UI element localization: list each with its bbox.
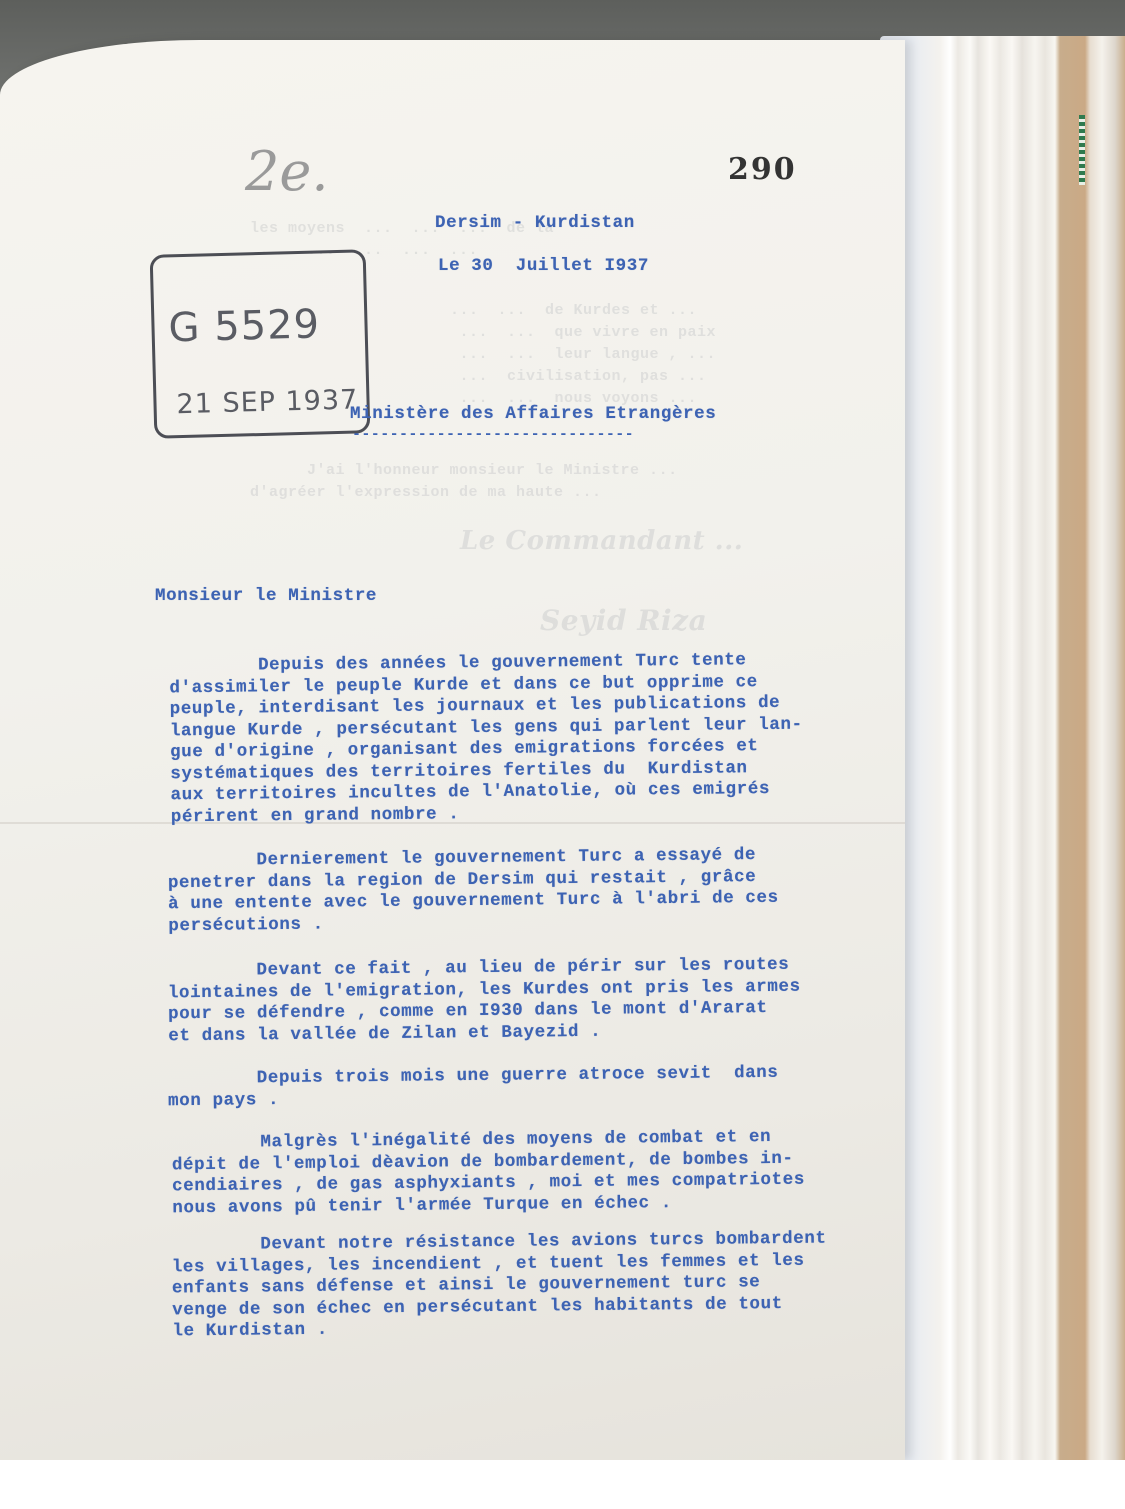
stamp-date: 21 SEP 1937 xyxy=(176,384,358,420)
paragraph: Malgrès l'inégalité des moyens de combat… xyxy=(172,1127,806,1220)
bleed-through-signature: Seyid Riza xyxy=(540,610,707,632)
paragraph: Depuis trois mois une guerre atroce sevi… xyxy=(168,1063,779,1112)
recipient: Ministère des Affaires Etrangères xyxy=(350,404,716,426)
pencil-annotation: 2e. xyxy=(245,140,328,203)
stamp-number: G 5529 xyxy=(168,301,321,351)
reception-stamp: G 5529 21 SEP 1937 xyxy=(150,249,371,439)
salutation: Monsieur le Ministre xyxy=(155,586,377,608)
paragraph: Dernierement le gouvernement Turc a essa… xyxy=(168,845,779,937)
bottom-margin xyxy=(0,1460,1125,1509)
bleed-through-text: ... ... de Kurdes et ... ... ... que viv… xyxy=(450,300,716,410)
paragraph: Depuis des années le gouvernement Turc t… xyxy=(169,650,804,829)
bleed-through-text: J'ai l'honneur monsieur le Ministre ... … xyxy=(250,460,678,504)
recipient-underline: ------------------------------ xyxy=(352,426,634,443)
bleed-through-signature: Le Commandant ... xyxy=(460,530,743,552)
paragraph: Devant ce fait , au lieu de périr sur le… xyxy=(168,955,802,1048)
heading-date: Le 30 Juillet I937 xyxy=(438,256,649,278)
barcode-label xyxy=(1079,115,1085,185)
heading-place: Dersim - Kurdistan xyxy=(435,213,635,235)
paragraph: Devant notre résistance les avions turcs… xyxy=(171,1229,827,1343)
binder-page-edges xyxy=(880,36,1125,1471)
folio-number: 290 xyxy=(728,152,797,187)
